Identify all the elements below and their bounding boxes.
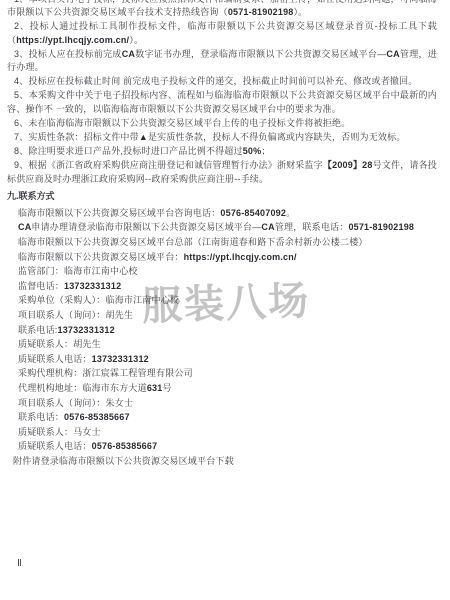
text-run: 号 bbox=[162, 383, 171, 393]
text-run: 监督电话： bbox=[18, 281, 64, 291]
note-paragraph: 4、投标应在投标截止时间 前完成电子投标文件的递交，投标截止时间前可以补充、修改… bbox=[7, 75, 437, 88]
text-run: 申请办理请登录临海市限额以下公共资源交易区域平台— bbox=[31, 222, 261, 232]
text-run: 7、实质性条款：招标文件中带 bbox=[14, 132, 139, 142]
note-paragraph: 3、投标人应在投标前完成CA数字证书办理，登录临海市限额以下公共资源交易区域平台… bbox=[7, 48, 437, 74]
bold-text-run: 0571-81902198 bbox=[348, 222, 414, 232]
text-run: 联系电话： bbox=[18, 412, 64, 422]
text-run: 临海市限额以下公共资源交易区域平台： bbox=[18, 252, 184, 262]
text-run: 临海市限额以下公共资源交易区域平台总部（江南街道春和路下岙余村新办公楼二楼） bbox=[18, 237, 368, 247]
text-run: 9、根据《浙江省政府采购供应商注册登记和诚信管理暂行办法》浙财采监字 bbox=[14, 160, 323, 170]
contact-line: 质疑联系人：马女士 bbox=[7, 425, 437, 440]
contact-line: 临海市限额以下公共资源交易区域平台咨询电话：0576-85407092。 bbox=[7, 206, 437, 221]
bold-text-run: 0576-85385667 bbox=[92, 441, 158, 451]
text-run: 监管部门：临海市江南中心校 bbox=[18, 266, 138, 276]
bold-text-run: 0576-85385667 bbox=[64, 412, 130, 422]
page-marker: Ⅱ bbox=[17, 558, 22, 569]
contact-line: 临海市限额以下公共资源交易区域平台：https://ypt.lhcqjy.com… bbox=[7, 250, 437, 265]
contact-line: 监督电话：13732331312 bbox=[7, 279, 437, 294]
text-run: ）。 bbox=[129, 35, 143, 45]
text-run: 8、除注明要求进口产品外,投标时进口产品比例不得超过 bbox=[14, 146, 243, 156]
note-paragraph: 9、根据《浙江省政府采购供应商注册登记和诚信管理暂行办法》浙财采监字【2009】… bbox=[7, 159, 437, 185]
contact-line: 代理机构地址：临海市东方大道631号 bbox=[7, 381, 437, 396]
contact-section: 临海市限额以下公共资源交易区域平台咨询电话：0576-85407092。CA申请… bbox=[7, 206, 437, 469]
bold-text-run: 50% bbox=[243, 146, 262, 156]
text-run: ）。 bbox=[293, 7, 307, 17]
text-run: 采购代理机构：浙江宸霖工程管理有限公司 bbox=[18, 368, 193, 378]
contact-line: 联系电话:13732331312 bbox=[7, 323, 437, 338]
text-run: 采购单位（采购人）：临海市江南中心校 bbox=[18, 295, 179, 305]
bold-text-run: 0576-85407092 bbox=[220, 208, 286, 218]
text-run: 是实质性条款，投标人不得负偏离或内容缺失，否则为无效标。 bbox=[148, 132, 406, 142]
bold-text-run: 【2009】28 bbox=[323, 160, 373, 170]
bold-text-run: 13732331312 bbox=[92, 354, 149, 364]
contact-line: 监管部门：临海市江南中心校 bbox=[7, 264, 437, 279]
text-run: 管理，联系电话： bbox=[275, 222, 349, 232]
bold-text-run: CA bbox=[386, 49, 399, 59]
bold-text-run: https://ypt.lhcqjy.com.cn/ bbox=[184, 252, 297, 262]
text-run: 项目联系人（询问）：朱女士 bbox=[18, 398, 133, 408]
contact-line: 采购代理机构：浙江宸霖工程管理有限公司 bbox=[7, 366, 437, 381]
text-run: 项目联系人（询问）：胡先生 bbox=[18, 310, 133, 320]
bold-text-run: 13732331312 bbox=[58, 325, 115, 335]
note-paragraph: 1、本项目实行电子投标，投标人应按照招标文件和编制要求、加密上传，如在使用遇到问… bbox=[7, 0, 437, 19]
bold-text-run: CA bbox=[122, 49, 135, 59]
text-run: 质疑联系人电话： bbox=[18, 354, 92, 364]
note-paragraph: 2、投标人通过投标工具制作投标文件，临海市限额以下公共资源交易区域登录首页-投标… bbox=[7, 20, 437, 46]
bold-text-run: 13732331312 bbox=[64, 281, 121, 291]
text-run: 联系电话: bbox=[18, 325, 58, 335]
text-run: 质疑联系人：马女士 bbox=[18, 427, 101, 437]
text-run: 临海市限额以下公共资源交易区域平台咨询电话： bbox=[18, 208, 220, 218]
contact-line: 质疑联系人电话：0576-85385667 bbox=[7, 439, 437, 454]
document-page: 1、本项目实行电子投标，投标人应按照招标文件和编制要求、加密上传，如在使用遇到问… bbox=[7, 0, 437, 469]
text-run: 。 bbox=[286, 208, 295, 218]
bold-text-run: ▲ bbox=[139, 132, 148, 142]
text-run: 数字证书办理，登录临海市限额以下公共资源交易区域平台— bbox=[135, 49, 386, 59]
note-paragraph: 5、本采购文件中关于电子招投标内容、流程如与临海临海市限额以下公共资源交易区域平… bbox=[7, 89, 437, 115]
contact-line: 采购单位（采购人）：临海市江南中心校 bbox=[7, 293, 437, 308]
contact-line: CA申请办理请登录临海市限额以下公共资源交易区域平台—CA管理，联系电话：057… bbox=[7, 220, 437, 235]
text-run: 附件请登录临海市限额以下公共资源交易区域平台下载 bbox=[13, 456, 234, 466]
text-run: 6、未在临海临海市限额以下公共资源交易区域平台上传的电子投标文件将被拒绝。 bbox=[14, 118, 350, 128]
text-run: 1、本项目实行电子投标，投标人应按照招标文件和编制要求、加密上传，如在使用遇到问… bbox=[7, 0, 437, 17]
contact-line: 项目联系人（询问）：胡先生 bbox=[7, 308, 437, 323]
note-paragraph: 6、未在临海临海市限额以下公共资源交易区域平台上传的电子投标文件将被拒绝。 bbox=[7, 117, 437, 130]
bold-text-run: 631 bbox=[147, 383, 163, 393]
section-heading: 九.联系方式 bbox=[7, 189, 437, 202]
attachment-note: 附件请登录临海市限额以下公共资源交易区域平台下载 bbox=[7, 454, 437, 469]
bold-text-run: https://ypt.lhcqjy.com.cn/ bbox=[16, 35, 129, 45]
contact-line: 质疑联系人：胡先生 bbox=[7, 337, 437, 352]
contact-line: 联系电话：0576-85385667 bbox=[7, 410, 437, 425]
contact-line: 项目联系人（询问）：朱女士 bbox=[7, 396, 437, 411]
bold-text-run: CA bbox=[18, 222, 31, 232]
text-run: 3、投标人应在投标前完成 bbox=[14, 49, 122, 59]
text-run: 4、投标应在投标截止时间 前完成电子投标文件的递交，投标截止时间前可以补充、修改… bbox=[14, 76, 418, 86]
text-run: 5、本采购文件中关于电子招投标内容、流程如与临海临海市限额以下公共资源交易区域平… bbox=[7, 90, 437, 113]
text-run: 质疑联系人电话： bbox=[18, 441, 92, 451]
note-paragraph: 8、除注明要求进口产品外,投标时进口产品比例不得超过50%； bbox=[7, 145, 437, 158]
bold-text-run: CA bbox=[261, 222, 274, 232]
text-run: 质疑联系人：胡先生 bbox=[18, 339, 101, 349]
text-run: ； bbox=[261, 146, 270, 156]
text-run: 代理机构地址：临海市东方大道 bbox=[18, 383, 147, 393]
bold-text-run: 0571-81902198 bbox=[228, 7, 294, 17]
contact-line: 临海市限额以下公共资源交易区域平台总部（江南街道春和路下岙余村新办公楼二楼） bbox=[7, 235, 437, 250]
contact-line: 质疑联系人电话：13732331312 bbox=[7, 352, 437, 367]
notes-section: 1、本项目实行电子投标，投标人应按照招标文件和编制要求、加密上传，如在使用遇到问… bbox=[7, 0, 437, 186]
note-paragraph: 7、实质性条款：招标文件中带▲是实质性条款，投标人不得负偏离或内容缺失，否则为无… bbox=[7, 131, 437, 144]
